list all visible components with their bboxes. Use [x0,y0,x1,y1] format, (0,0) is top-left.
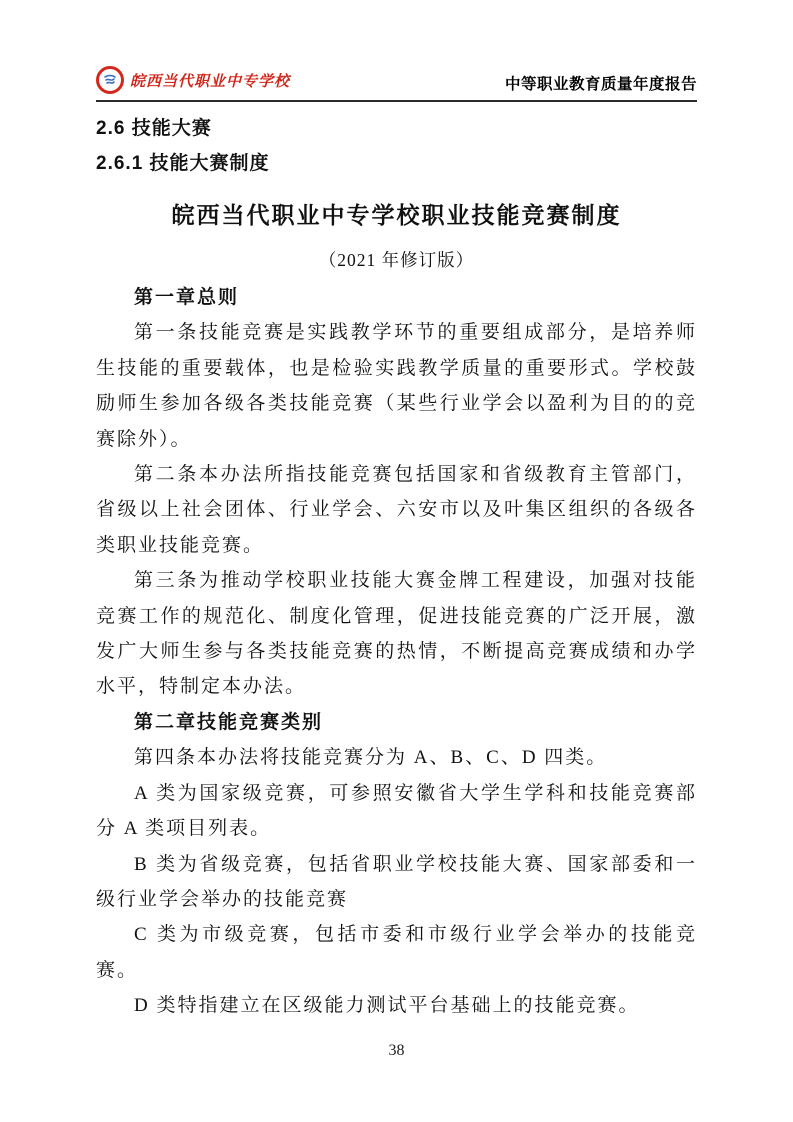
chapter-1-heading: 第一章总则 [96,280,697,315]
school-logo: 皖西当代职业中专学校 [96,66,290,94]
paragraph-class-b: B 类为省级竞赛，包括省职业学校技能大赛、国家部委和一级行业学会举办的技能竞赛 [96,847,697,918]
paragraph-article-2: 第二条本办法所指技能竞赛包括国家和省级教育主管部门，省级以上社会团体、行业学会、… [96,457,697,563]
document-title: 皖西当代职业中专学校职业技能竞赛制度 [96,201,697,231]
document-body: 第一章总则 第一条技能竞赛是实践教学环节的重要组成部分，是培养师生技能的重要载体… [96,280,697,1024]
paragraph-article-4: 第四条本办法将技能竞赛分为 A、B、C、D 四类。 [96,740,697,775]
paragraph-article-1: 第一条技能竞赛是实践教学环节的重要组成部分，是培养师生技能的重要载体，也是检验实… [96,315,697,457]
paragraph-class-c: C 类为市级竞赛，包括市委和市级行业学会举办的技能竞赛。 [96,917,697,988]
school-emblem-icon [96,66,124,94]
paragraph-article-3: 第三条为推动学校职业技能大赛金牌工程建设，加强对技能竞赛工作的规范化、制度化管理… [96,563,697,705]
paragraph-class-a: A 类为国家级竞赛，可参照安徽省大学生学科和技能竞赛部分 A 类项目列表。 [96,776,697,847]
section-heading-2-6-1: 2.6.1 技能大赛制度 [96,151,697,177]
section-heading-2-6: 2.6 技能大赛 [96,116,697,142]
document-subtitle: （2021 年修订版） [96,248,697,272]
chapter-2-heading: 第二章技能竞赛类别 [96,705,697,740]
page-number: 38 [0,1042,793,1060]
paragraph-class-d: D 类特指建立在区级能力测试平台基础上的技能竞赛。 [96,988,697,1023]
report-title: 中等职业教育质量年度报告 [505,72,697,94]
document-page: 皖西当代职业中专学校 中等职业教育质量年度报告 2.6 技能大赛 2.6.1 技… [0,0,793,1122]
page-header: 皖西当代职业中专学校 中等职业教育质量年度报告 [96,64,697,102]
school-name-text: 皖西当代职业中专学校 [130,70,290,91]
